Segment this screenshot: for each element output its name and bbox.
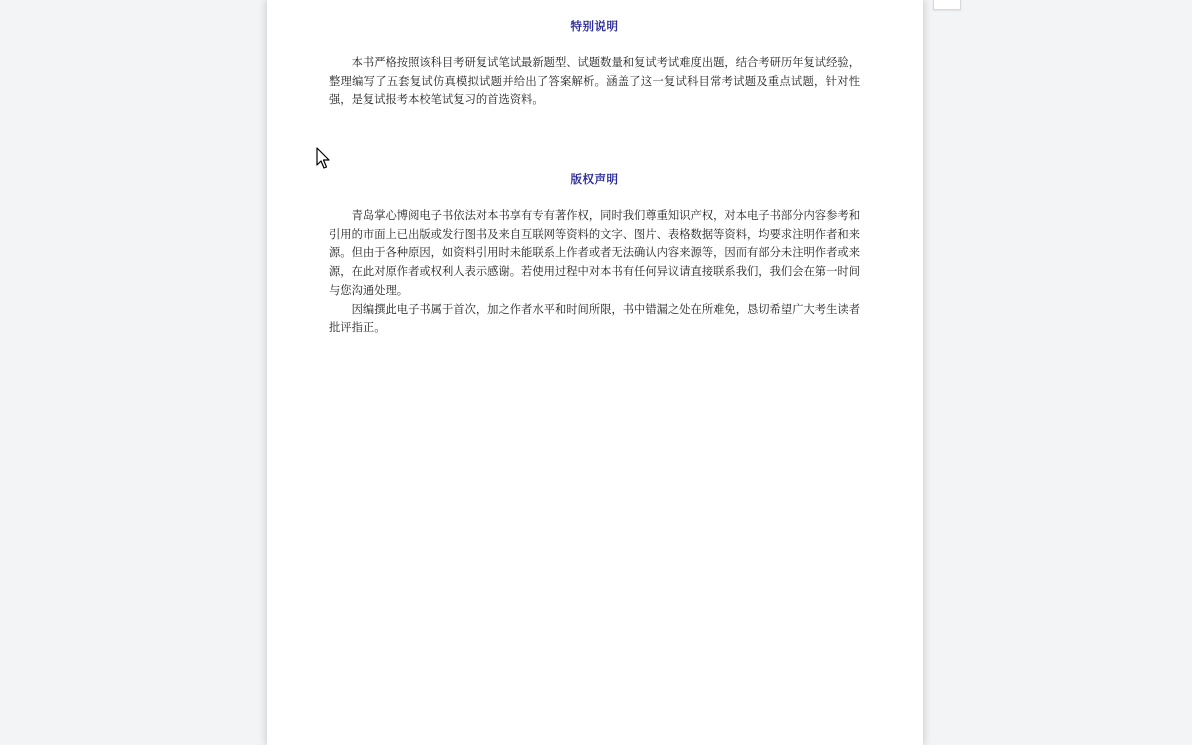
- special-notice-paragraph: 本书严格按照该科目考研复试笔试最新题型、试题数量和复试考试难度出题，结合考研历年…: [329, 54, 860, 110]
- mouse-cursor-icon: [316, 147, 332, 171]
- copyright-heading: 版权声明: [329, 171, 860, 187]
- next-page-edge: [933, 0, 961, 10]
- special-notice-heading: 特别说明: [329, 18, 860, 34]
- special-notice-section: 特别说明 本书严格按照该科目考研复试笔试最新题型、试题数量和复试考试难度出题，结…: [329, 18, 860, 110]
- copyright-paragraph-2: 因编撰此电子书属于首次，加之作者水平和时间所限，书中错漏之处在所难免，恳切希望广…: [329, 301, 860, 338]
- document-viewer[interactable]: 特别说明 本书严格按照该科目考研复试笔试最新题型、试题数量和复试考试难度出题，结…: [0, 0, 1192, 745]
- copyright-section: 版权声明 青岛掌心博阅电子书依法对本书享有专有著作权，同时我们尊重知识产权，对本…: [329, 171, 860, 338]
- copyright-paragraph-1: 青岛掌心博阅电子书依法对本书享有专有著作权，同时我们尊重知识产权，对本电子书部分…: [329, 207, 860, 301]
- document-page: 特别说明 本书严格按照该科目考研复试笔试最新题型、试题数量和复试考试难度出题，结…: [267, 0, 923, 745]
